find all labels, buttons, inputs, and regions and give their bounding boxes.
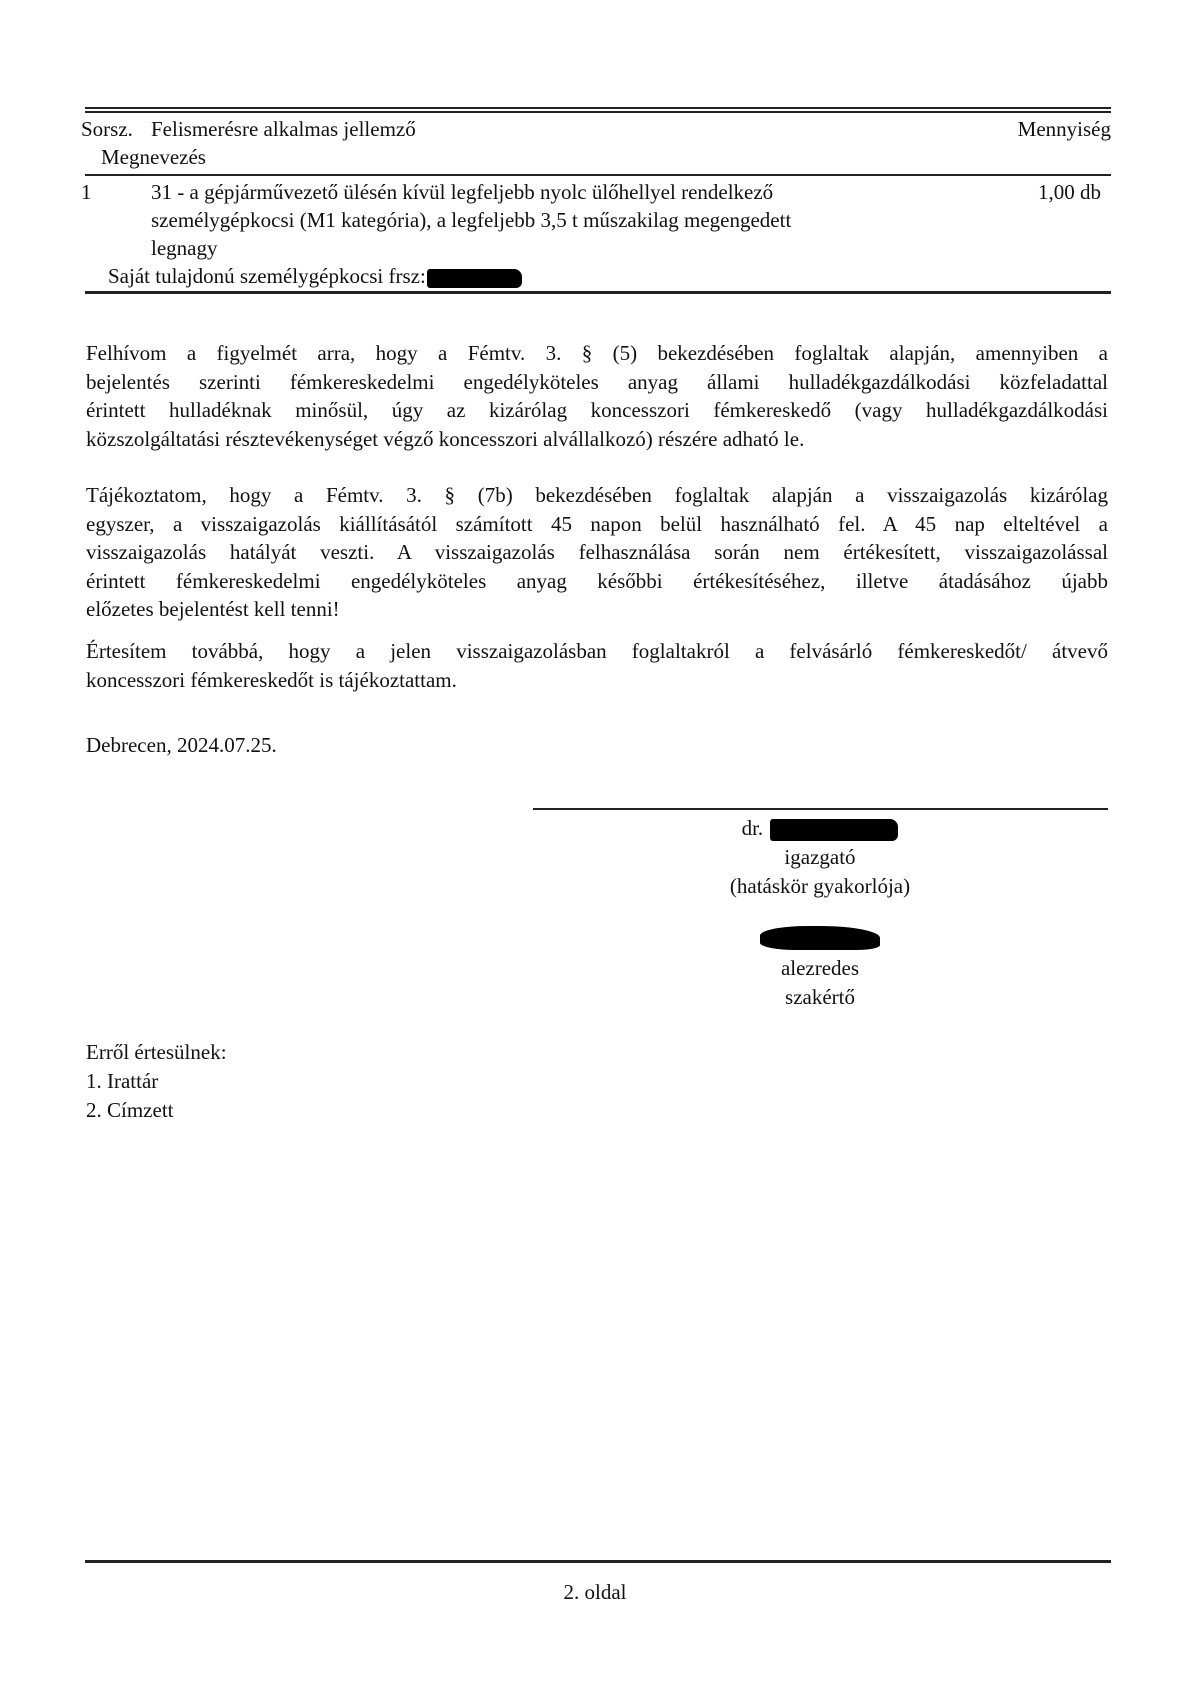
row-description-line-1: 31 - a gépjárművezető ülésén kívül legfe… xyxy=(151,178,773,206)
paragraph-line: visszaigazolás hatályát veszti. A vissza… xyxy=(86,538,1108,567)
place-date: Debrecen, 2024.07.25. xyxy=(86,731,277,759)
redaction-license-plate xyxy=(427,269,522,288)
document-page: Sorsz. Felismerésre alkalmas jellemző Me… xyxy=(0,0,1190,1683)
footer-rule xyxy=(85,1560,1111,1563)
paragraph-line: egyszer, a visszaigazolás kiállításától … xyxy=(86,510,1108,539)
redaction-signer-2-name xyxy=(760,926,880,950)
signer-1-role: (hatáskör gyakorlója) xyxy=(670,872,970,901)
signer-2-rank: alezredes xyxy=(670,954,970,983)
paragraph-waste-notice: Felhívom a figyelmét arra, hogy a Fémtv.… xyxy=(86,339,1108,453)
signer-2-role: szakértő xyxy=(670,983,970,1012)
paragraph-line: érintett hulladéknak minősül, úgy az kiz… xyxy=(86,396,1108,425)
distribution-heading: Erről értesülnek: xyxy=(86,1038,227,1066)
distribution-item-1: 1. Irattár xyxy=(86,1067,158,1095)
signer-1-prefix: dr. xyxy=(742,816,764,840)
signer-1-name: dr. xyxy=(670,814,970,843)
item-table: Sorsz. Felismerésre alkalmas jellemző Me… xyxy=(85,107,1111,294)
row-note-text: Saját tulajdonú személygépkocsi frsz: xyxy=(108,264,426,288)
signature-line xyxy=(533,808,1108,810)
paragraph-line: közszolgáltatási résztevékenységet végző… xyxy=(86,425,1108,454)
paragraph-line: érintett fémkereskedelmi engedélyköteles… xyxy=(86,567,1108,596)
table-header: Sorsz. Felismerésre alkalmas jellemző Me… xyxy=(85,113,1111,174)
row-note: Saját tulajdonú személygépkocsi frsz: xyxy=(108,262,522,290)
paragraph-line: Értesítem továbbá, hogy a jelen visszaig… xyxy=(86,637,1108,666)
paragraph-line: előzetes bejelentést kell tenni! xyxy=(86,595,1108,624)
paragraph-line: bejelentés szerinti fémkereskedelmi enge… xyxy=(86,368,1108,397)
signer-2-name xyxy=(670,922,970,951)
row-description-line-3: legnagy xyxy=(151,234,217,262)
paragraph-line: Felhívom a figyelmét arra, hogy a Fémtv.… xyxy=(86,339,1108,368)
paragraph-notification: Értesítem továbbá, hogy a jelen visszaig… xyxy=(86,637,1108,694)
paragraph-line: koncesszori fémkereskedőt is tájékoztatt… xyxy=(86,666,1108,695)
signer-1-title: igazgató xyxy=(670,843,970,872)
row-description-line-2: személygépkocsi (M1 kategória), a legfel… xyxy=(151,206,791,234)
distribution-item-2: 2. Címzett xyxy=(86,1096,174,1124)
table-bottom-rule xyxy=(85,291,1111,294)
row-quantity: 1,00 db xyxy=(1038,178,1101,206)
row-number: 1 xyxy=(81,178,92,206)
header-sorsz: Sorsz. xyxy=(81,115,133,143)
header-feature: Felismerésre alkalmas jellemző xyxy=(151,115,416,143)
page-number: 2. oldal xyxy=(0,1580,1190,1605)
redaction-signer-1-name xyxy=(770,819,898,841)
header-quantity: Mennyiség xyxy=(1018,115,1111,143)
paragraph-validity-notice: Tájékoztatom, hogy a Fémtv. 3. § (7b) be… xyxy=(86,481,1108,624)
paragraph-line: Tájékoztatom, hogy a Fémtv. 3. § (7b) be… xyxy=(86,481,1108,510)
header-name: Megnevezés xyxy=(101,143,206,171)
table-row: 1 31 - a gépjárművezető ülésén kívül leg… xyxy=(85,176,1111,291)
